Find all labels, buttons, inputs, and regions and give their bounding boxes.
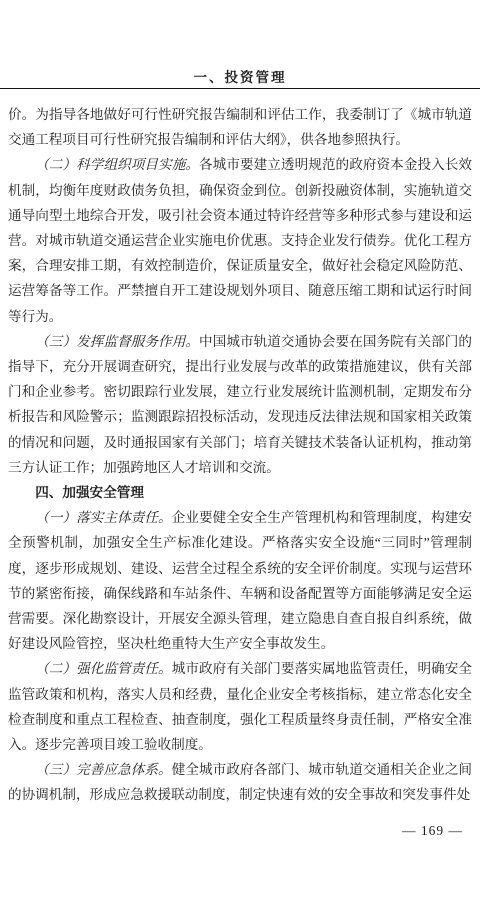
- paragraph-lead: （二）科学组织项目实施。: [35, 157, 199, 172]
- running-header: 一、投资管理: [0, 69, 480, 87]
- page-number: — 169 —: [402, 823, 463, 838]
- paragraph-text: 价。为指导各地做好可行性研究报告编制和评估工作，我委制订了《城市轨道交通工程项目…: [8, 107, 472, 147]
- header-rule: [0, 88, 480, 89]
- paragraph-text: 中国城市轨道交通协会要在国务院有关部门的指导下，充分开展调查研究，提出行业发展与…: [8, 334, 472, 475]
- section-heading: 四、加强安全管理: [8, 480, 472, 505]
- paragraph-continuation: 价。为指导各地做好可行性研究报告编制和评估工作，我委制订了《城市轨道交通工程项目…: [8, 102, 472, 152]
- paragraph-lead: （一）落实主体责任。: [35, 510, 172, 525]
- paragraph-item-2: （二）科学组织项目实施。各城市要建立透明规范的政府资本金投入长效机制，均衡年度财…: [8, 152, 472, 328]
- page-footer: — 169 —: [402, 822, 463, 840]
- paragraph-item-5: （二）强化监管责任。城市政府有关部门要落实属地监管责任，明确安全监管政策和机构，…: [8, 656, 472, 757]
- paragraph-item-3: （三）发挥监督服务作用。中国城市轨道交通协会要在国务院有关部门的指导下，充分开展…: [8, 329, 472, 480]
- paragraph-lead: （三）完善应急体系。: [35, 762, 172, 777]
- paragraph-text: 企业要健全安全生产管理机构和管理制度，构建安全预警机制，加强安全生产标准化建设。…: [8, 510, 472, 651]
- paragraph-item-6: （三）完善应急体系。健全城市政府各部门、城市轨道交通相关企业之间的协调机制，形成…: [8, 757, 472, 807]
- paragraph-lead: （二）强化监管责任。: [35, 661, 172, 676]
- running-header-title: 一、投资管理: [194, 70, 287, 85]
- paragraph-lead: （三）发挥监督服务作用。: [35, 334, 199, 349]
- paragraph-item-4: （一）落实主体责任。企业要健全安全生产管理机构和管理制度，构建安全预警机制，加强…: [8, 505, 472, 656]
- document-page: 一、投资管理 价。为指导各地做好可行性研究报告编制和评估工作，我委制订了《城市轨…: [0, 0, 480, 906]
- document-body: 价。为指导各地做好可行性研究报告编制和评估工作，我委制订了《城市轨道交通工程项目…: [8, 102, 472, 808]
- paragraph-text: 各城市要建立透明规范的政府资本金投入长效机制，均衡年度财政债务负担，确保资金到位…: [8, 157, 472, 323]
